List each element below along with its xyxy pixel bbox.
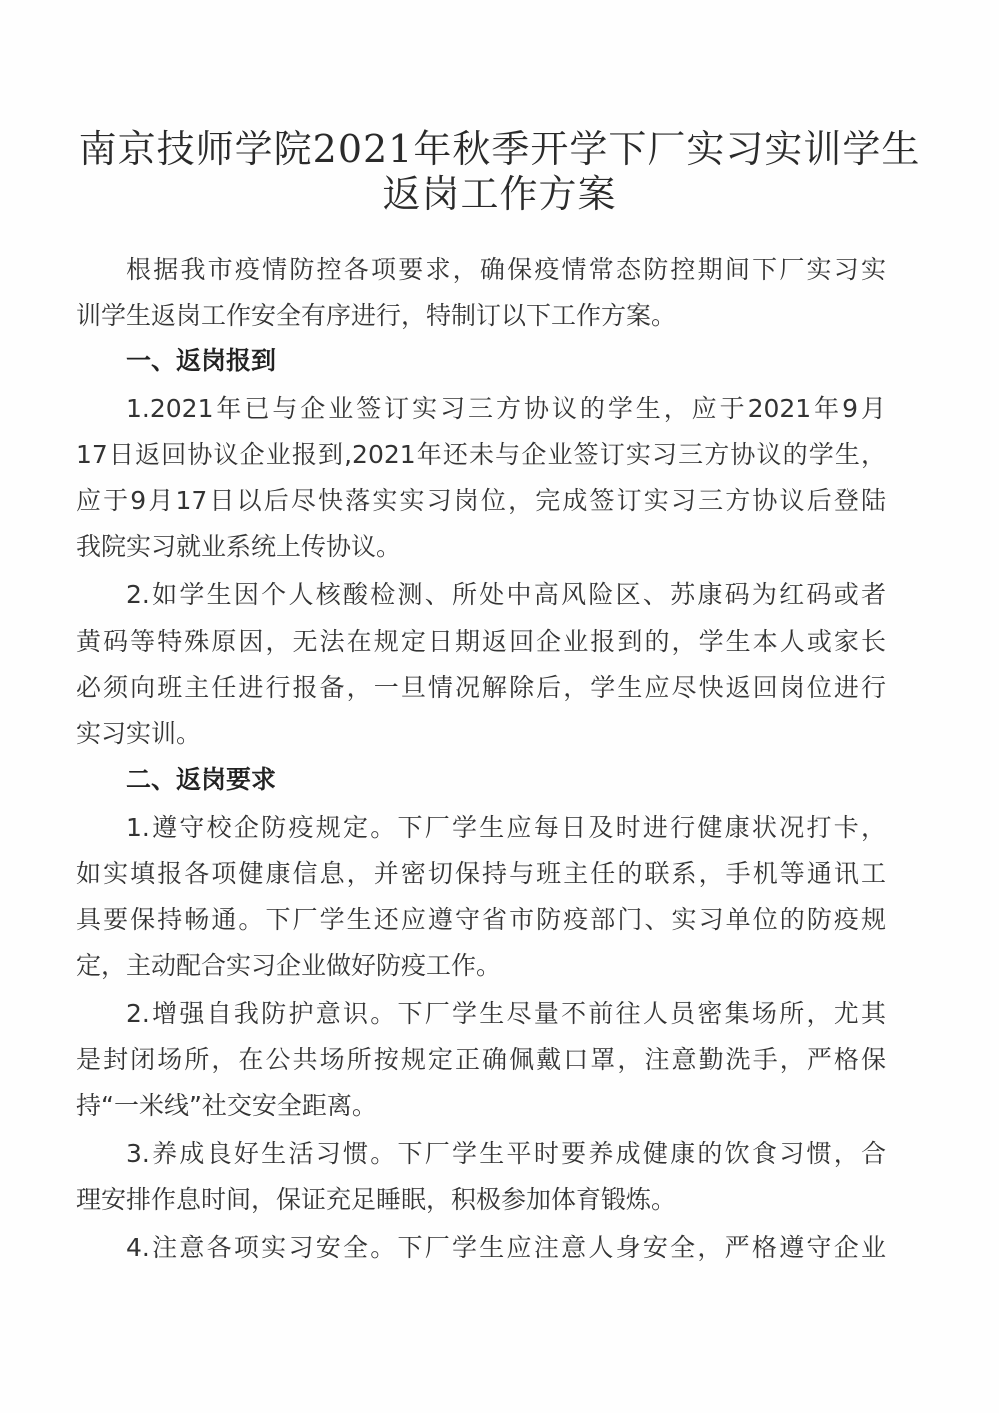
section-2-para-3-line-1: 3.养成良好生活习惯。下厂学生平时要养成健康的饮食习惯，合 [126, 1134, 886, 1170]
section-1-para-1-line-1: 1.2021年已与企业签订实习三方协议的学生，应于2021年9月 [126, 389, 886, 425]
document-title-line-2: 返岗工作方案 [0, 163, 999, 218]
section-heading-2: 二、返岗要求 [126, 760, 276, 796]
section-1-para-1-line-4: 我院实习就业系统上传协议。 [76, 527, 886, 563]
intro-line-1: 根据我市疫情防控各项要求，确保疫情常态防控期间下厂实习实 [126, 250, 886, 286]
document-page: 南京技师学院2021年秋季开学下厂实习实训学生 返岗工作方案 根据我市疫情防控各… [0, 0, 999, 1413]
section-1-para-2-line-3: 必须向班主任进行报备，一旦情况解除后，学生应尽快返回岗位进行 [76, 668, 886, 704]
section-1-para-1-line-2: 17日返回协议企业报到,2021年还未与企业签订实习三方协议的学生， [76, 435, 886, 471]
section-1-para-1-line-3: 应于9月17日以后尽快落实实习岗位，完成签订实习三方协议后登陆 [76, 481, 886, 517]
section-2-para-1-line-2: 如实填报各项健康信息，并密切保持与班主任的联系，手机等通讯工 [76, 854, 886, 890]
section-1-para-2-line-1: 2.如学生因个人核酸检测、所处中高风险区、苏康码为红码或者 [126, 575, 886, 611]
section-2-para-2-line-3: 持“一米线”社交安全距离。 [76, 1086, 886, 1122]
section-2-para-1-line-3: 具要保持畅通。下厂学生还应遵守省市防疫部门、实习单位的防疫规 [76, 900, 886, 936]
section-2-para-3-line-2: 理安排作息时间，保证充足睡眠，积极参加体育锻炼。 [76, 1180, 886, 1216]
section-heading-1: 一、返岗报到 [126, 341, 276, 377]
section-2-para-2-line-2: 是封闭场所，在公共场所按规定正确佩戴口罩，注意勤洗手，严格保 [76, 1040, 886, 1076]
section-2-para-2-line-1: 2.增强自我防护意识。下厂学生尽量不前往人员密集场所，尤其 [126, 994, 886, 1030]
intro-line-2: 训学生返岗工作安全有序进行，特制订以下工作方案。 [76, 296, 886, 332]
section-1-para-2-line-2: 黄码等特殊原因，无法在规定日期返回企业报到的，学生本人或家长 [76, 622, 886, 658]
section-2-para-1-line-1: 1.遵守校企防疫规定。下厂学生应每日及时进行健康状况打卡， [126, 808, 886, 844]
section-2-para-1-line-4: 定，主动配合实习企业做好防疫工作。 [76, 946, 886, 982]
section-2-para-4-line-1: 4.注意各项实习安全。下厂学生应注意人身安全，严格遵守企业 [126, 1228, 886, 1264]
section-1-para-2-line-4: 实习实训。 [76, 714, 886, 750]
